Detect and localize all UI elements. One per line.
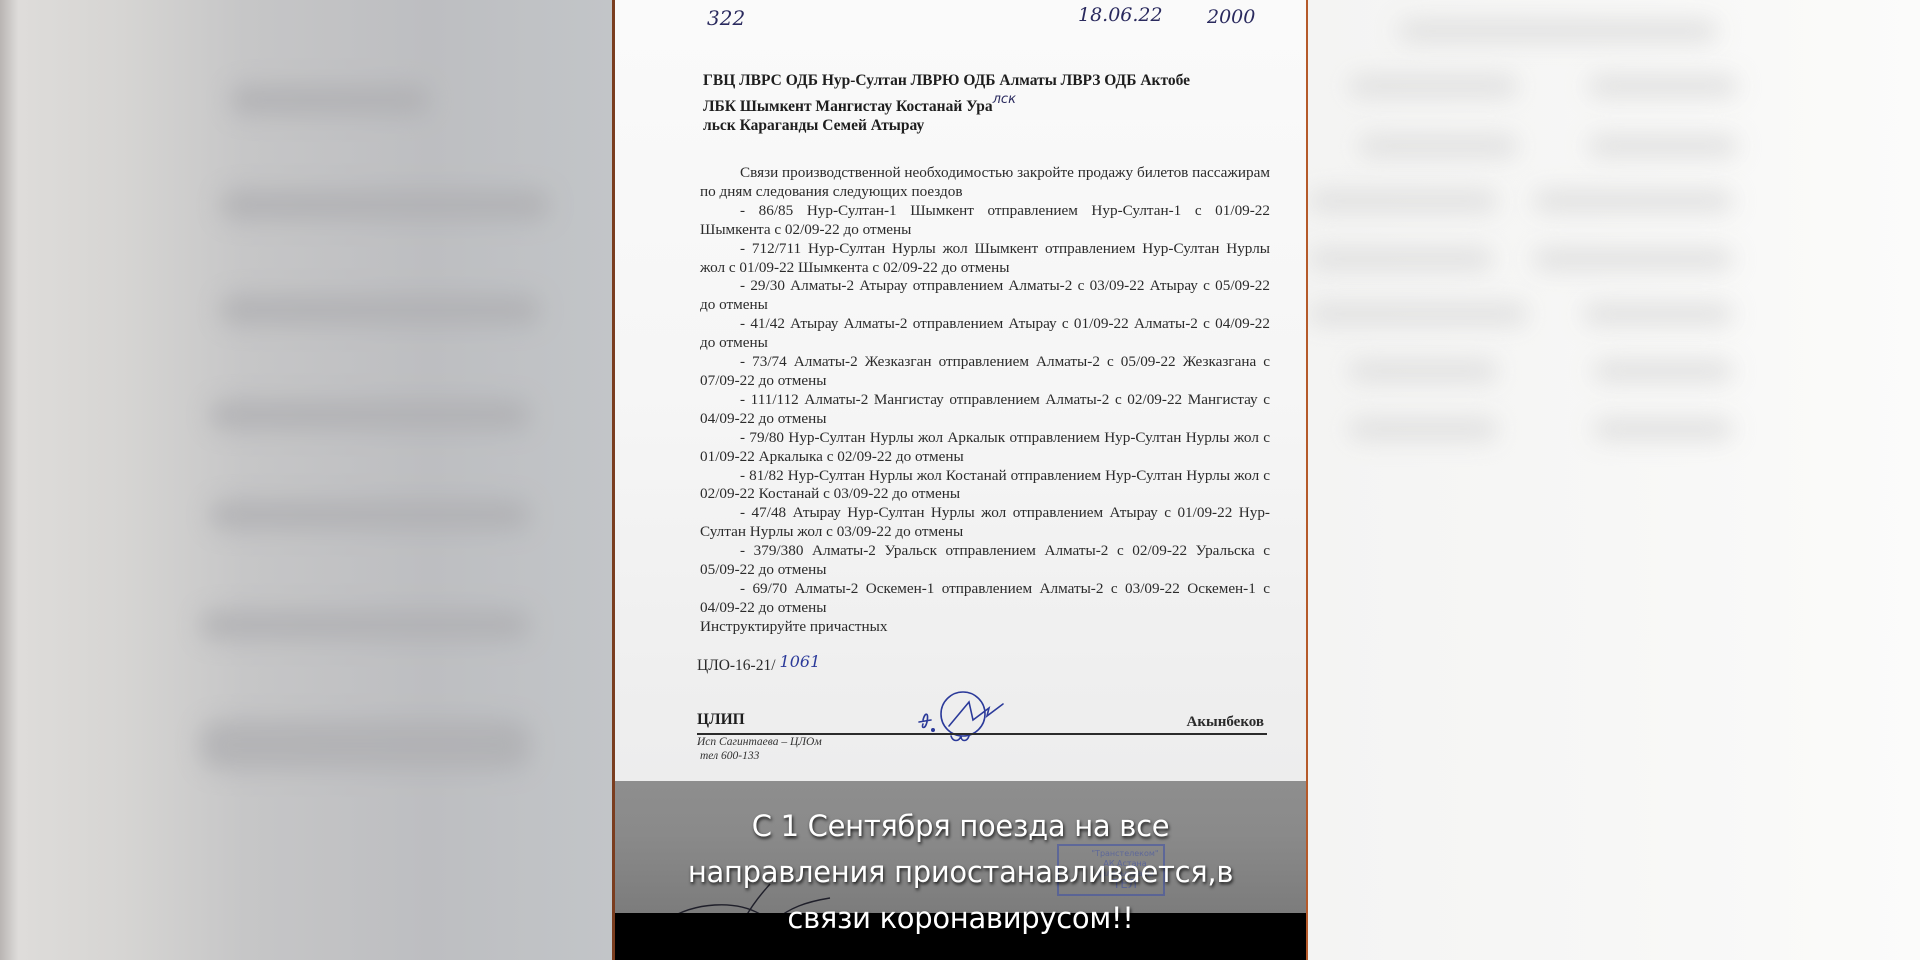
- intro-paragraph: Связи производственной необходимостью за…: [700, 164, 1270, 202]
- train-item: - 73/74 Алматы-2 Жезказган отправлением …: [700, 353, 1270, 391]
- handwritten-time: 2000: [1207, 6, 1255, 28]
- caption-line-3: связи коронавирусом!!: [615, 895, 1306, 941]
- handwritten-date: 18.06.22: [1078, 4, 1163, 26]
- train-item: - 379/380 Алматы-2 Уральск отправлением …: [700, 542, 1270, 580]
- recipients-line-1: ГВЦ ЛВРС ОДБ Нур-Султан ЛВРЮ ОДБ Алматы …: [703, 71, 1263, 90]
- train-item: - 41/42 Атырау Алматы-2 отправлением Аты…: [700, 315, 1270, 353]
- handwritten-reference-number: 1061: [780, 652, 821, 671]
- image-stage: 322 18.06.22 2000 ГВЦ ЛВРС ОДБ Нур-Султа…: [0, 0, 1920, 960]
- train-item: - 86/85 Нур-Султан-1 Шымкент отправление…: [700, 202, 1270, 240]
- executor-name: Исп Сагинтаева – ЦЛОм: [697, 735, 822, 749]
- train-item: - 79/80 Нур-Султан Нурлы жол Аркалык отп…: [700, 429, 1270, 467]
- train-item: - 81/82 Нур-Султан Нурлы жол Костанай от…: [700, 467, 1270, 505]
- signature-icon: [911, 676, 1041, 756]
- recipients-line-2: ЛБК Шымкент Мангистау Костанай Уралск: [703, 90, 1263, 116]
- handwritten-document-number: 322: [707, 6, 745, 30]
- video-caption: С 1 Сентября поезда на все направления п…: [615, 803, 1306, 941]
- train-item: - 29/30 Алматы-2 Атырау отправлением Алм…: [700, 277, 1270, 315]
- executor-info: Исп Сагинтаева – ЦЛОм тел 600-133: [697, 735, 822, 763]
- executor-phone: тел 600-133: [697, 749, 822, 763]
- department-name: ЦЛИП: [697, 711, 745, 729]
- caption-line-1: С 1 Сентября поезда на все: [615, 803, 1306, 849]
- railway-telegram-document: 322 18.06.22 2000 ГВЦ ЛВРС ОДБ Нур-Султа…: [612, 0, 1308, 960]
- blurred-background-left: [0, 0, 612, 960]
- train-item: - 69/70 Алматы-2 Оскемен-1 отправлением …: [700, 580, 1270, 618]
- train-item: - 111/112 Алматы-2 Мангистау отправление…: [700, 391, 1270, 429]
- train-item: - 47/48 Атырау Нур-Султан Нурлы жол отпр…: [700, 504, 1270, 542]
- reference-number: ЦЛО-16-21/1061: [697, 652, 820, 675]
- document-body: Связи производственной необходимостью за…: [700, 164, 1270, 637]
- caption-line-2: направления приостанавливается,в: [615, 849, 1306, 895]
- train-item: - 712/711 Нур-Султан Нурлы жол Шымкент о…: [700, 240, 1270, 278]
- handwritten-correction: лск: [993, 92, 1016, 107]
- recipients-line-3: льск Караганды Семей Атырау: [703, 116, 1263, 135]
- closing-instruction: Инструктируйте причастных: [700, 618, 1270, 637]
- blurred-background-right: [1308, 0, 1920, 960]
- signer-name: Акынбеков: [1187, 714, 1264, 731]
- recipients-list: ГВЦ ЛВРС ОДБ Нур-Султан ЛВРЮ ОДБ Алматы …: [703, 71, 1263, 135]
